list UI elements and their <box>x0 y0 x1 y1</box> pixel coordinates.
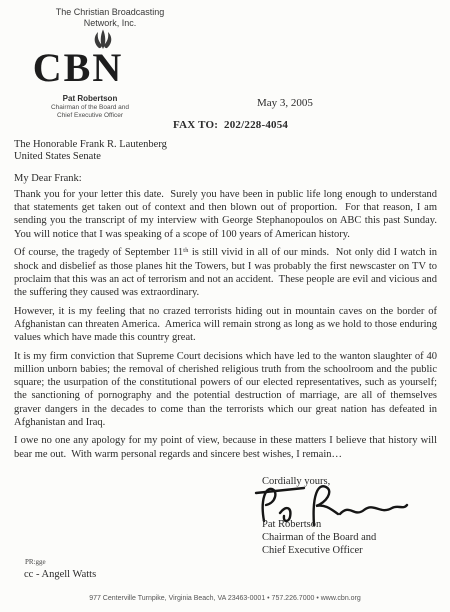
paragraph-3: However, it is my feeling that no crazed… <box>14 305 437 345</box>
letterhead-officer-title-1: Chairman of the Board and <box>20 104 160 112</box>
paragraph-1: Thank you for your letter this date. Sur… <box>14 188 437 241</box>
footer-address: 977 Centerville Turnpike, Virginia Beach… <box>0 595 450 602</box>
letterhead-officer-name: Pat Robertson <box>20 94 160 103</box>
letter-body: Thank you for your letter this date. Sur… <box>14 188 437 466</box>
cc-line: cc - Angell Watts <box>24 569 96 580</box>
fax-label: FAX TO: <box>173 119 218 131</box>
salutation: My Dear Frank: <box>14 173 167 185</box>
cbn-logo: CBN <box>22 46 134 90</box>
org-name: The Christian Broadcasting Network, Inc. <box>10 7 210 29</box>
recipient-name: The Honorable Frank R. Lautenberg <box>14 139 167 151</box>
fax-line: FAX TO: 202/228-4054 <box>173 119 288 131</box>
paragraph-2: Of course, the tragedy of September 11ᵗʰ… <box>14 246 437 299</box>
signer-title-2: Chief Executive Officer <box>262 545 363 556</box>
paragraph-5: I owe no one any apology for my point of… <box>14 434 437 460</box>
reference-initials: PR:gge <box>25 558 46 566</box>
letterhead-officer-title-2: Chief Executive Officer <box>20 112 160 120</box>
org-name-line1: The Christian Broadcasting <box>10 7 210 18</box>
signer-title-1: Chairman of the Board and <box>262 532 376 543</box>
recipient-block: The Honorable Frank R. Lautenberg United… <box>14 139 167 185</box>
scanned-letter-page: The Christian Broadcasting Network, Inc.… <box>0 0 450 612</box>
signer-name: Pat Robertson <box>262 519 321 530</box>
fax-number: 202/228-4054 <box>224 119 288 131</box>
letter-date: May 3, 2005 <box>257 97 313 109</box>
paragraph-4: It is my firm conviction that Supreme Co… <box>14 350 437 429</box>
recipient-org: United States Senate <box>14 151 167 163</box>
